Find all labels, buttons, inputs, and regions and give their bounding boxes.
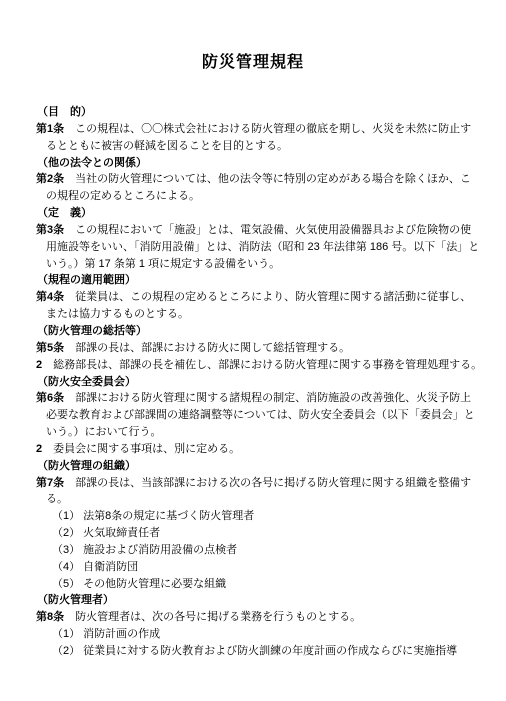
doc-line-item: （2） 従業員に対する防火教育および防火訓練の年度計画の作成ならびに実施指導 [0, 643, 506, 660]
line-text: る。 [46, 493, 68, 505]
doc-line-article: 第2条当社の防火管理については、他の法令等に特別の定めがある場合を除くほか、こ [0, 171, 506, 188]
doc-line-heading: （定 義） [0, 205, 506, 222]
doc-line-heading: （防火管理の総括等） [0, 323, 506, 340]
line-text: 必要な教育および部課間の連絡調整等については、防火安全委員会（以下「委員会」と [46, 409, 475, 421]
doc-line-article: 第6条部課における防火管理に関する諸規程の制定、消防施設の改善強化、火災予防上 [0, 390, 506, 407]
doc-line-cont: いう。）において行う。 [0, 424, 506, 441]
line-text: （防火安全委員会） [37, 376, 136, 388]
line-text: （1） 消防計画の作成 [52, 628, 160, 640]
doc-line-item: （4） 自衛消防団 [0, 559, 506, 576]
line-text: （定 義） [37, 207, 92, 219]
line-text: 従業員は、この規程の定めるところにより、防火管理に関する諸活動に従事し、 [75, 291, 471, 303]
page-title: 防災管理規程 [0, 0, 506, 73]
line-text: 防火管理者は、次の各号に掲げる業務を行うものとする。 [75, 611, 361, 623]
line-text: （1） 法第8条の規定に基づく防火管理者 [52, 510, 254, 522]
document-page: 防災管理規程 （目 的）第1条この規程は、〇〇株式会社における防火管理の徹底を期… [0, 0, 506, 701]
article-number: 2 [36, 359, 42, 371]
line-text: 部課における防火管理に関する諸規程の制定、消防施設の改善強化、火災予防上 [75, 392, 471, 404]
doc-line-heading: （防火管理者） [0, 592, 506, 609]
line-text: 部課の長は、部課における防火に関して総括管理する。 [75, 342, 350, 354]
document-body: （目 的）第1条この規程は、〇〇株式会社における防火管理の徹底を期し、火災を未然… [0, 104, 506, 660]
doc-line-cont: の規程の定めるところによる。 [0, 188, 506, 205]
article-number: 第5条 [36, 342, 64, 354]
line-text: （4） 自衛消防団 [52, 561, 138, 573]
line-text: 用施設等をいい、「消防用設備」とは、消防法（昭和 23 年法律第 186 号。以… [46, 241, 479, 253]
line-text: るとともに被害の軽減を図ることを目的とする。 [46, 140, 288, 152]
line-text: いう。）において行う。 [46, 426, 162, 438]
doc-line-cont: 必要な教育および部課間の連絡調整等については、防火安全委員会（以下「委員会」と [0, 407, 506, 424]
line-text: （防火管理者） [37, 594, 114, 606]
doc-line-heading: （防火安全委員会） [0, 374, 506, 391]
article-number: 2 [36, 443, 42, 455]
doc-line-item: （2） 火気取締責任者 [0, 525, 506, 542]
doc-line-item: （1） 法第8条の規定に基づく防火管理者 [0, 508, 506, 525]
doc-line-article: 第4条従業員は、この規程の定めるところにより、防火管理に関する諸活動に従事し、 [0, 289, 506, 306]
line-text: の規程の定めるところによる。 [46, 190, 200, 202]
line-text: （他の法令との関係） [37, 157, 147, 169]
doc-line-cont: または協力するものとする。 [0, 306, 506, 323]
line-text: （5） その他防火管理に必要な組織 [52, 578, 226, 590]
doc-line-cont: いう。）第 17 条第 1 項に規定する設備をいう。 [0, 256, 506, 273]
doc-line-article: 第5条部課の長は、部課における防火に関して総括管理する。 [0, 340, 506, 357]
line-text: この規程において「施設」とは、電気設備、火気使用設備器具および危険物の使 [75, 224, 471, 236]
doc-line-item: （3） 施設および消防用設備の点検者 [0, 542, 506, 559]
doc-line-para: 2委員会に関する事項は、別に定める。 [0, 441, 506, 458]
line-text: （防火管理の組織） [37, 460, 136, 472]
line-text: 当社の防火管理については、他の法令等に特別の定めがある場合を除くほか、こ [75, 173, 471, 185]
doc-line-heading: （目 的） [0, 104, 506, 121]
doc-line-article: 第7条部課の長は、当該部課における次の各号に掲げる防火管理に関する組織を整備す [0, 475, 506, 492]
article-number: 第3条 [36, 224, 64, 236]
article-number: 第2条 [36, 173, 64, 185]
line-text: （規程の適用範囲） [37, 274, 136, 286]
doc-line-item: （1） 消防計画の作成 [0, 626, 506, 643]
line-text: または協力するものとする。 [46, 308, 189, 320]
line-text: （目 的） [37, 106, 92, 118]
line-text: いう。）第 17 条第 1 項に規定する設備をいう。 [46, 258, 280, 270]
doc-line-cont: 用施設等をいい、「消防用設備」とは、消防法（昭和 23 年法律第 186 号。以… [0, 239, 506, 256]
doc-line-article: 第8条防火管理者は、次の各号に掲げる業務を行うものとする。 [0, 609, 506, 626]
doc-line-cont: る。 [0, 491, 506, 508]
doc-line-para: 2総務部長は、部課の長を補佐し、部課における防火管理に関する事務を管理処理する。 [0, 357, 506, 374]
doc-line-cont: るとともに被害の軽減を図ることを目的とする。 [0, 138, 506, 155]
line-text: 総務部長は、部課の長を補佐し、部課における防火管理に関する事務を管理処理する。 [53, 359, 482, 371]
line-text: （2） 火気取締責任者 [52, 527, 160, 539]
doc-line-heading: （他の法令との関係） [0, 155, 506, 172]
line-text: （3） 施設および消防用設備の点検者 [52, 544, 237, 556]
article-number: 第8条 [36, 611, 64, 623]
doc-line-heading: （規程の適用範囲） [0, 272, 506, 289]
doc-line-article: 第1条この規程は、〇〇株式会社における防火管理の徹底を期し、火災を未然に防止す [0, 121, 506, 138]
article-number: 第4条 [36, 291, 64, 303]
doc-line-article: 第3条この規程において「施設」とは、電気設備、火気使用設備器具および危険物の使 [0, 222, 506, 239]
article-number: 第6条 [36, 392, 64, 404]
line-text: （防火管理の総括等） [37, 325, 147, 337]
article-number: 第7条 [36, 477, 64, 489]
doc-line-item: （5） その他防火管理に必要な組織 [0, 576, 506, 593]
line-text: 部課の長は、当該部課における次の各号に掲げる防火管理に関する組織を整備す [75, 477, 471, 489]
line-text: 委員会に関する事項は、別に定める。 [53, 443, 240, 455]
article-number: 第1条 [36, 123, 64, 135]
line-text: この規程は、〇〇株式会社における防火管理の徹底を期し、火災を未然に防止す [75, 123, 471, 135]
doc-line-heading: （防火管理の組織） [0, 458, 506, 475]
line-text: （2） 従業員に対する防火教育および防火訓練の年度計画の作成ならびに実施指導 [52, 645, 457, 657]
